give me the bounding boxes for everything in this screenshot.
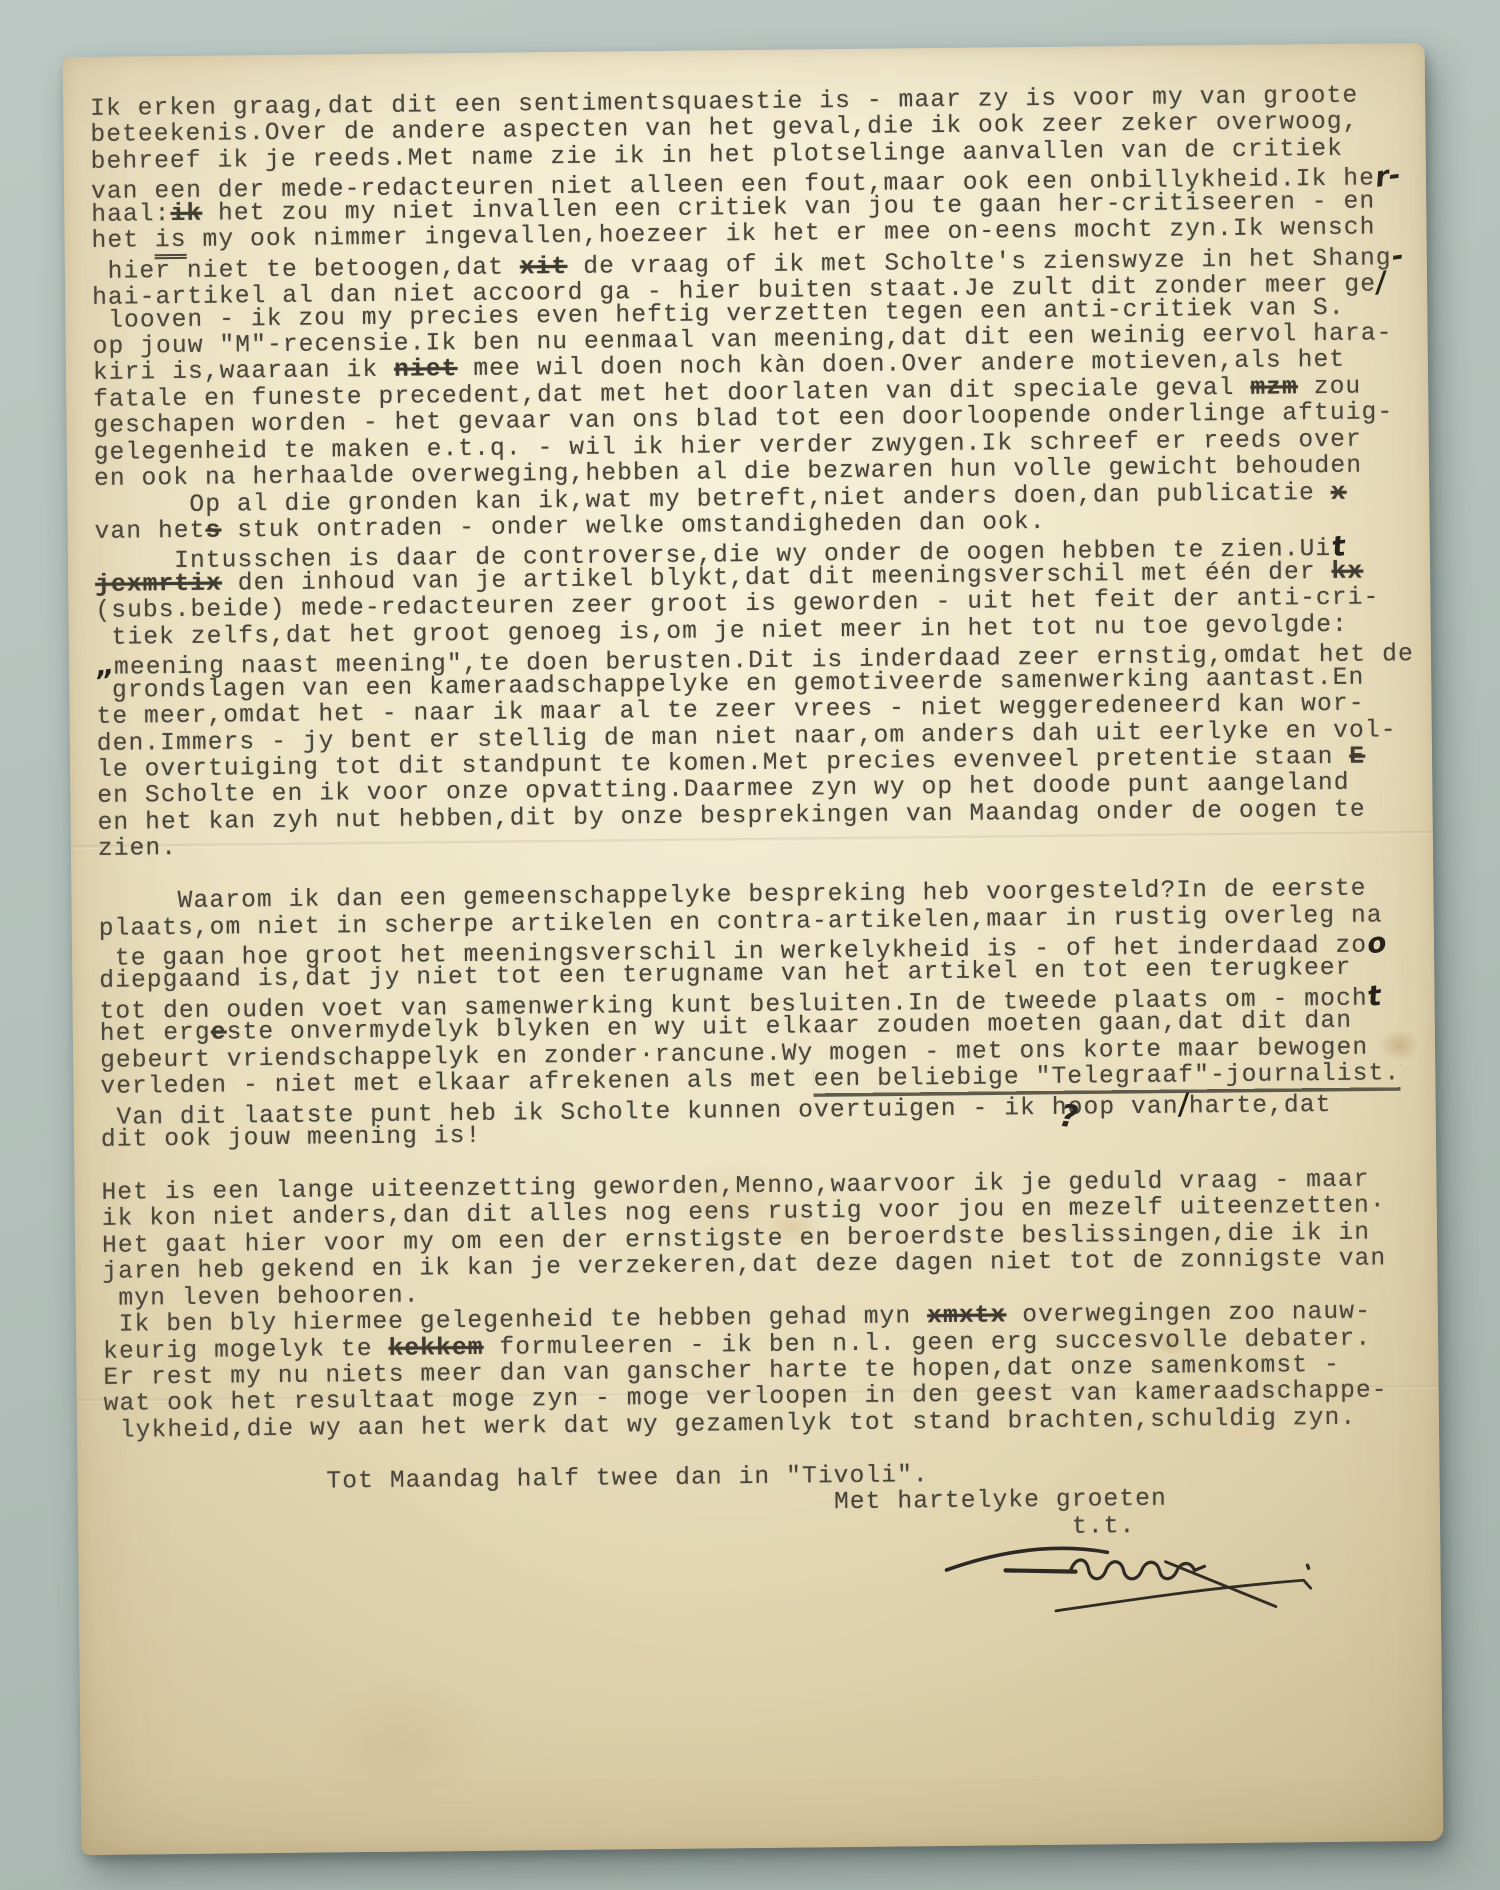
typed-text: jexmrtix [95, 570, 222, 598]
typed-text: x [1331, 479, 1347, 506]
typed-text: harte,dat [1189, 1092, 1332, 1120]
handwritten-mark: - [1390, 242, 1405, 270]
typed-text: dit ook jouw meening is! [101, 1123, 482, 1154]
handwritten-mark: o [1366, 929, 1389, 958]
typed-text: van het [94, 518, 205, 546]
typed-text: xmxtx [927, 1302, 1007, 1330]
handwritten-mark: t [1330, 534, 1347, 562]
page: { "page": { "background_color": "#b3c0bb… [0, 0, 1500, 1890]
signature-jordaan [878, 1536, 1360, 1691]
typed-text: haal: [91, 201, 171, 229]
typed-text: niet [394, 356, 458, 384]
typed-text: het [91, 227, 155, 255]
handwritten-mark: „ [94, 652, 115, 681]
paper-stain [305, 1673, 496, 1815]
typed-text: het erg [100, 1020, 211, 1048]
typed-text: kekkem [388, 1334, 483, 1362]
typed-text: kiri is,waaraan ik [93, 357, 394, 387]
typed-text: e [211, 1020, 227, 1047]
typed-text: mzm [1250, 374, 1298, 401]
handwritten-mark: / [1375, 269, 1389, 297]
typed-text: keurig mogelyk te [103, 1335, 389, 1365]
letter-paper: Ik erken graag,dat dit een sentimentsqua… [63, 43, 1444, 1855]
typed-text: zien. [98, 835, 178, 863]
typed-text: ik [170, 200, 202, 227]
typed-text: s [205, 518, 221, 545]
handwritten-mark: r- [1373, 162, 1402, 192]
typed-text: zou [1298, 373, 1362, 401]
handwritten-mark: t [1366, 983, 1383, 1011]
typed-text: E [1349, 744, 1365, 771]
letter-body: Ik erken graag,dat dit een sentimentsqua… [90, 83, 1423, 1551]
typed-text: myn leven behooren. [102, 1282, 419, 1312]
